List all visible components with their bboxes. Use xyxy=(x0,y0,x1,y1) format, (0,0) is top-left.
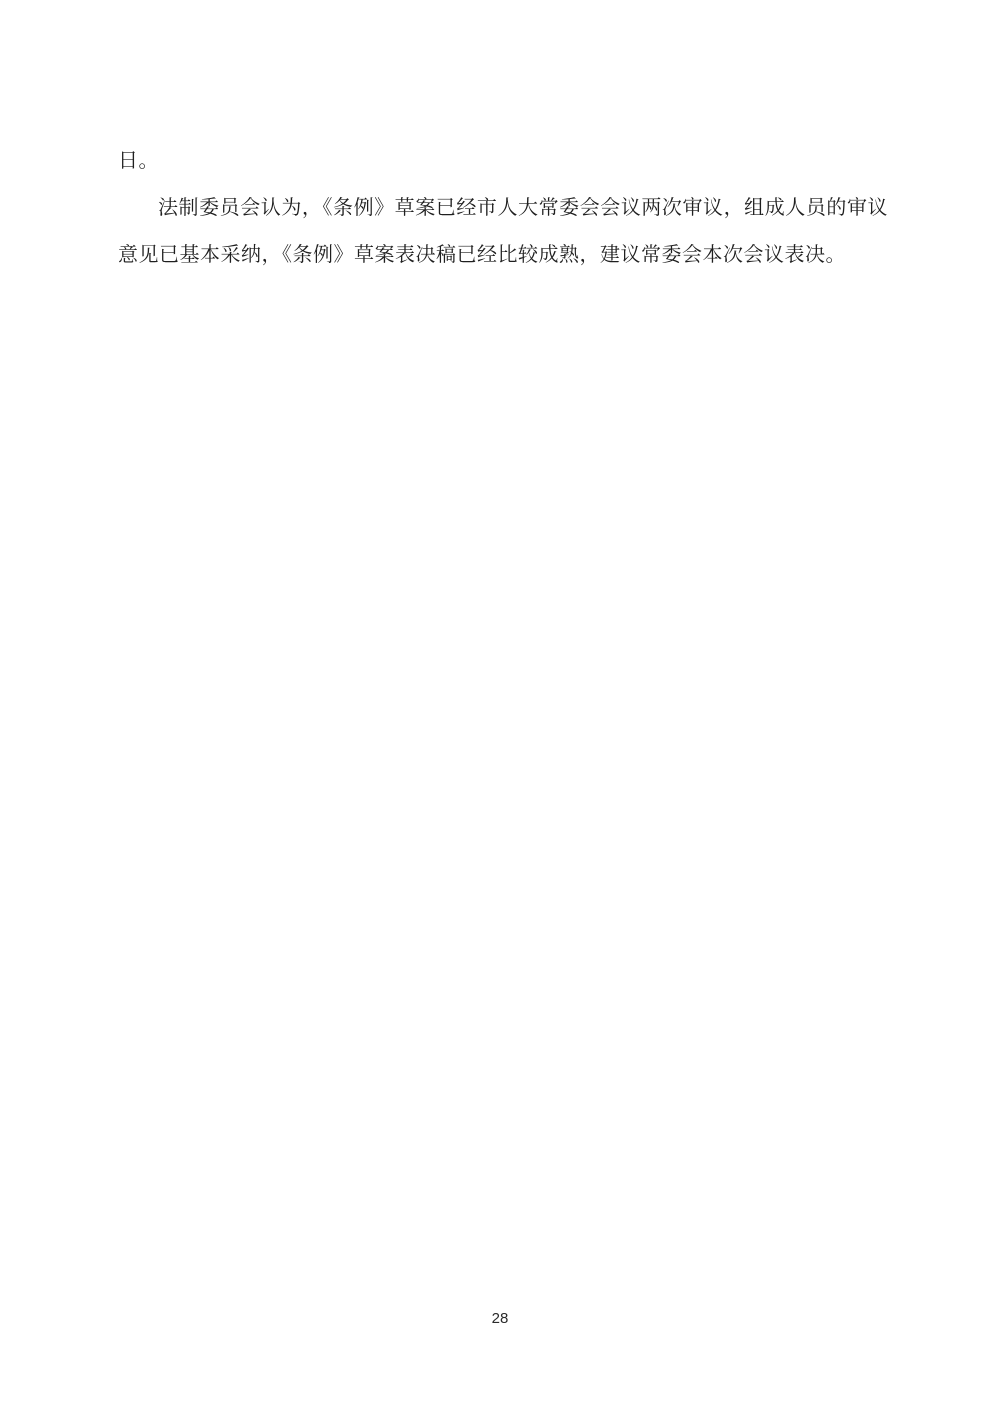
page-number: 28 xyxy=(492,1310,509,1327)
paragraph-continuation: 日。 xyxy=(118,138,888,185)
page-footer: 28 xyxy=(0,1310,1000,1328)
document-page: 日。 法制委员会认为，《条例》草案已经市人大常委会会议两次审议，组成人员的审议意… xyxy=(0,0,1000,1415)
text-block: 日。 法制委员会认为，《条例》草案已经市人大常委会会议两次审议，组成人员的审议意… xyxy=(118,138,888,279)
paragraph-body: 法制委员会认为，《条例》草案已经市人大常委会会议两次审议，组成人员的审议意见已基… xyxy=(118,185,888,279)
